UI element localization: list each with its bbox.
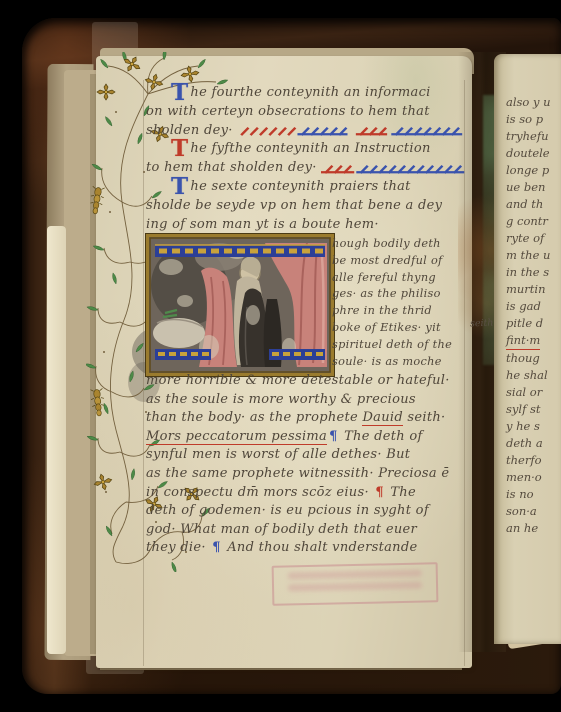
text-line: they die· ¶ And thou shalt vnderstande: [146, 539, 468, 558]
text-fragment: deth a: [506, 435, 561, 452]
facing-page-edge: also y u is so p tryhefu doutele longe p…: [494, 54, 561, 644]
text-fragment: fint·m: [506, 332, 561, 350]
text-fragment: doutele: [506, 145, 561, 162]
marginal-note: seith: [470, 318, 494, 330]
text-fragment: tryhefu: [506, 128, 561, 145]
illuminated-initial: T: [171, 173, 190, 200]
text-line: as the soule is more worthy & precious: [146, 391, 468, 410]
text-line: The fyfthe conteynith an Instruction: [146, 140, 466, 159]
text-line: ing of som man yt is a boute hem·: [146, 216, 466, 235]
text-block-top: The fourthe conteynith an informaci on w…: [146, 84, 466, 234]
text-fragment: and th: [506, 196, 561, 213]
text-fragment: g contr: [506, 213, 561, 230]
paraph-mark: ¶: [327, 429, 340, 444]
stamp-text-line-illegible: [288, 582, 422, 592]
faded-library-stamp: [272, 562, 439, 605]
text-line: The sexte conteynith praiers that: [146, 178, 466, 197]
text-block-bottom: more horrible & more detestable or hatef…: [146, 372, 468, 558]
text-fragment: men·o: [506, 469, 561, 486]
paraph-mark: ¶: [373, 485, 386, 500]
rubricated-name: Dauid: [362, 410, 403, 426]
text-fragment: sial or: [506, 384, 561, 401]
text-fragment: therfo: [506, 452, 561, 469]
text-fragment: he shal: [506, 367, 561, 384]
text-fragment: ryte of: [506, 230, 561, 247]
facing-page-text-column: also y u is so p tryhefu doutele longe p…: [506, 94, 561, 537]
text-fragment: m the u: [506, 247, 561, 264]
text-block-beside-miniature: hough bodily deth be most dredful of all…: [332, 236, 470, 370]
text-line: sholde be seyde vp on hem that bene a de…: [146, 197, 466, 216]
text-line: in conspectu dm̄ mors scōz eius· ¶ The: [146, 484, 468, 503]
text-fragment: sylf st: [506, 401, 561, 418]
text-fragment: ue ben: [506, 179, 561, 196]
text-fragment: thoug: [506, 350, 561, 367]
text-line: synful men is worst of alle dethes· But: [146, 446, 468, 465]
text-line: god· What man of bodily deth that euer: [146, 521, 468, 540]
text-line: as the same prophete witnessith· Precios…: [146, 465, 468, 484]
text-line: phre in the thrid: [332, 303, 470, 320]
text-line: soule· is as moche: [332, 354, 470, 371]
text-fragment: longe p: [506, 162, 561, 179]
text-line: Mors peccatorum pessima¶ The deth of: [146, 428, 468, 447]
miniature-painting: [149, 237, 331, 373]
latin-quotation: Mors peccatorum pessima: [146, 429, 327, 445]
text-line: The fourthe conteynith an informaci: [146, 84, 466, 103]
text-line: to hem that sholden dey·: [146, 159, 466, 178]
text-fragment: also y u: [506, 94, 561, 111]
text-fragment: in the s: [506, 264, 561, 281]
text-fragment: murtin: [506, 281, 561, 298]
text-fragment: pitle d: [506, 315, 561, 332]
protruding-page-edge: [47, 226, 66, 654]
stamp-text-line-illegible: [288, 570, 422, 580]
text-line: hough bodily deth: [332, 236, 470, 253]
text-line: spirituel deth of the: [332, 337, 470, 354]
text-line: be most dredful of: [332, 253, 470, 270]
manuscript-photograph: { "description": "Photograph of an open …: [0, 0, 561, 712]
text-line: than the body· as the prophete Dauid sei…: [146, 409, 468, 428]
text-line: sholden dey·: [146, 122, 466, 141]
paraph-mark: ¶: [210, 540, 223, 555]
text-line: ges· as the philiso: [332, 286, 470, 303]
line-filler-ornament: [321, 162, 466, 175]
illuminated-initial: T: [171, 79, 190, 106]
text-line: deth of godemen· is eu pcious in syght o…: [146, 502, 468, 521]
text-line: on with certeyn obsecrations to hem that: [146, 103, 466, 122]
text-fragment: son·a: [506, 503, 561, 520]
text-line: boke of Etikes· yit: [332, 320, 470, 337]
text-line: more horrible & more detestable or hatef…: [146, 372, 468, 391]
line-filler-ornament: [237, 124, 466, 137]
miniature-deathbed-scene: [146, 234, 334, 376]
text-fragment: is no: [506, 486, 561, 503]
text-fragment: is gad: [506, 298, 561, 315]
text-fragment: an he: [506, 520, 561, 537]
text-fragment: y he s: [506, 418, 561, 435]
text-fragment: is so p: [506, 111, 561, 128]
manuscript-page: The fourthe conteynith an informaci on w…: [96, 56, 472, 668]
text-line: alle fereful thyng: [332, 270, 470, 287]
text-ruling-line: [143, 80, 144, 666]
